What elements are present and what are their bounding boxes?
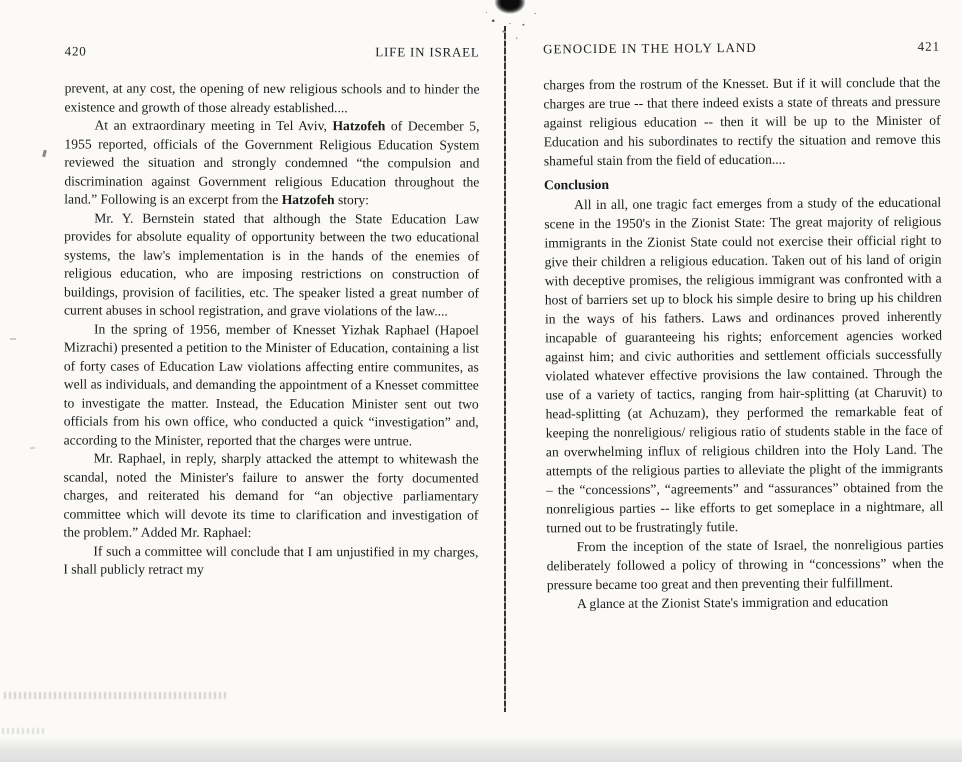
left-page-content: prevent, at any cost, the opening of new… — [63, 79, 479, 580]
right-page-number: 421 — [917, 39, 940, 55]
book-gutter-line — [504, 26, 506, 712]
conclusion-heading: Conclusion — [544, 173, 941, 195]
scan-artifact-scribble — [4, 692, 229, 699]
right-page: GENOCIDE IN THE HOLY LAND 421 charges fr… — [543, 39, 944, 614]
paragraph-glance-immigration: A glance at the Zionist State's immigrat… — [547, 592, 944, 614]
left-running-title: LIFE IN ISRAEL — [375, 44, 479, 60]
paragraph-hatzofeh-meeting: At an extraordinary meeting in Tel Aviv,… — [64, 116, 479, 210]
right-page-content: charges from the rostrum of the Knesset.… — [543, 73, 944, 614]
left-page-header: 420 LIFE IN ISRAEL — [65, 43, 480, 60]
paragraph-petition: In the spring of 1956, member of Knesset… — [64, 320, 479, 451]
left-page: 420 LIFE IN ISRAEL prevent, at any cost,… — [63, 43, 479, 580]
scan-artifact-scribble — [2, 728, 44, 734]
scan-artifact-mark — [42, 150, 47, 158]
scan-artifact-mark — [30, 447, 35, 450]
quote-continuation-top: prevent, at any cost, the opening of new… — [65, 79, 480, 117]
paragraph-segment: story: — [335, 192, 369, 207]
right-running-title: GENOCIDE IN THE HOLY LAND — [543, 40, 757, 57]
scan-shadow-band — [0, 736, 962, 762]
right-page-header: GENOCIDE IN THE HOLY LAND 421 — [543, 39, 940, 58]
left-page-number: 420 — [65, 43, 87, 59]
paragraph-segment: At an extraordinary meeting in Tel Aviv, — [94, 118, 332, 134]
hatzofeh-bold: Hatzofeh — [332, 118, 385, 133]
paragraph-conclusion-main: All in all, one tragic fact emerges from… — [544, 193, 943, 538]
paragraph-raphael-reply: Mr. Raphael, in reply, sharply attacked … — [63, 449, 478, 543]
paragraph-concessions-policy: From the inception of the state of Israe… — [546, 535, 943, 595]
book-spread-scan: 420 LIFE IN ISRAEL prevent, at any cost,… — [0, 0, 962, 762]
scan-artifact-mark — [10, 338, 16, 340]
ink-blot — [468, 0, 552, 46]
hatzofeh-bold: Hatzofeh — [282, 192, 335, 207]
quote-raphael-committee: If such a committee will conclude that I… — [63, 542, 478, 580]
quote-raphael-continued: charges from the rostrum of the Knesset.… — [543, 73, 941, 171]
quote-bernstein: Mr. Y. Bernstein stated that although th… — [64, 209, 479, 321]
